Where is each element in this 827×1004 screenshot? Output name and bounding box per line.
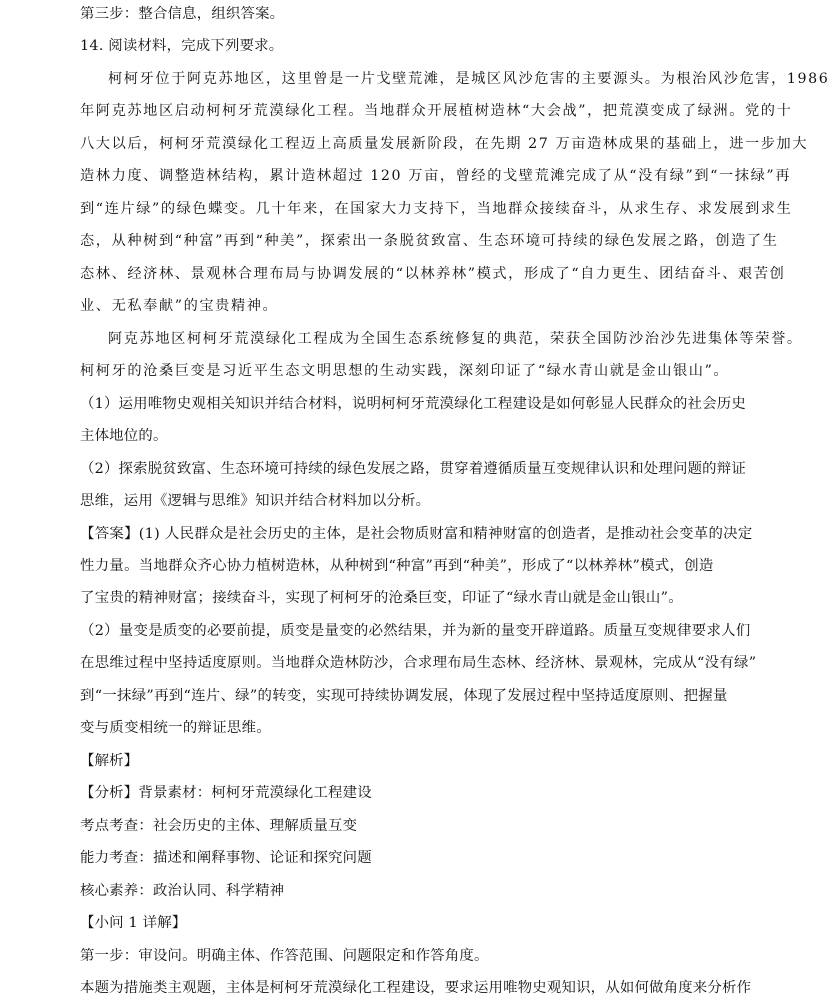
- material-paragraph-1-line: 八大以后，柯柯牙荒漠绿化工程迈上高质量发展新阶段，在先期 27 万亩造林成果的基…: [80, 128, 760, 160]
- answer-part-1: 性力量。当地群众齐心协力植树造林，从种树到“种富”再到“种美”，形成了“以林养林…: [80, 550, 760, 582]
- material-paragraph-1-line: 到“连片绿”的绿色蝶变。几十年来，在国家大力支持下，当地群众接续奋斗，从求生存、…: [80, 193, 760, 225]
- answer-part-1: 【答案】(1) 人民群众是社会历史的主体，是社会物质财富和精神财富的创造者，是推…: [80, 518, 760, 550]
- answer-part-1: 了宝贵的精神财富；接续奋斗，实现了柯柯牙的沧桑巨变，印证了“绿水青山就是金山银山…: [80, 582, 760, 614]
- core-literacy: 核心素养：政治认同、科学精神: [80, 875, 760, 907]
- material-paragraph-1-line: 业、无私奉献”的宝贵精神。: [80, 290, 760, 322]
- sub-question-1: （1）运用唯物史观相关知识并结合材料，说明柯柯牙荒漠绿化工程建设是如何彰显人民群…: [80, 388, 760, 420]
- sub-question-2: （2）探索脱贫致富、生态环境可持续的绿色发展之路，贯穿着遵循质量互变规律认识和处…: [80, 453, 760, 485]
- sub-question-1-detail-heading: 【小问 1 详解】: [80, 907, 760, 939]
- material-paragraph-1-line: 态林、经济林、景观林合理布局与协调发展的“以林养林”模式，形成了“自力更生、团结…: [80, 258, 760, 290]
- step-one-line: 第一步：审设问。明确主体、作答范围、问题限定和作答角度。: [80, 940, 760, 972]
- answer-part-2: 在思维过程中坚持适度原则。当地群众造林防沙，合求理布局生态林、经济林、景观林，完…: [80, 647, 760, 679]
- material-paragraph-1-line: 造林力度、调整造林结构，累计造林超过 120 万亩，曾经的戈壁荒滩完成了从“没有…: [80, 160, 760, 192]
- question-14-title: 14. 阅读材料，完成下列要求。: [80, 30, 760, 62]
- document-page: 第三步：整合信息，组织答案。 14. 阅读材料，完成下列要求。 柯柯牙位于阿克苏…: [80, 0, 760, 1004]
- material-paragraph-1-line: 态，从种树到“种富”再到“种美”，探索出一条脱贫致富、生态环境可持续的绿色发展之…: [80, 225, 760, 257]
- material-paragraph-2-line: 柯柯牙的沧桑巨变是习近平生态文明思想的生动实践，深刻印证了“绿水青山就是金山银山…: [80, 355, 760, 387]
- answer-part-2: 到“一抹绿”再到“连片、绿”的转变，实现可持续协调发展，体现了发展过程中坚持适度…: [80, 680, 760, 712]
- analysis-heading: 【解析】: [80, 745, 760, 777]
- analysis-background: 【分析】背景素材：柯柯牙荒漠绿化工程建设: [80, 777, 760, 809]
- sub-question-2: 思维，运用《逻辑与思维》知识并结合材料加以分析。: [80, 485, 760, 517]
- answer-part-2: 变与质变相统一的辩证思维。: [80, 712, 760, 744]
- exam-points: 考点考查：社会历史的主体、理解质量互变: [80, 810, 760, 842]
- step-three-line: 第三步：整合信息，组织答案。: [80, 0, 760, 30]
- material-paragraph-2-line: 阿克苏地区柯柯牙荒漠绿化工程成为全国生态系统修复的典范，荣获全国防沙治沙先进集体…: [80, 323, 760, 355]
- material-paragraph-1-line: 柯柯牙位于阿克苏地区，这里曾是一片戈壁荒滩，是城区风沙危害的主要源头。为根治风沙…: [80, 63, 760, 95]
- explanation-line: 本题为措施类主观题，主体是柯柯牙荒漠绿化工程建设，要求运用唯物史观知识，从如何做…: [80, 972, 760, 1004]
- ability-assessment: 能力考查：描述和阐释事物、论证和探究问题: [80, 842, 760, 874]
- material-paragraph-1-line: 年阿克苏地区启动柯柯牙荒漠绿化工程。当地群众开展植树造林“大会战”，把荒漠变成了…: [80, 95, 760, 127]
- answer-part-2: （2）量变是质变的必要前提，质变是量变的必然结果，并为新的量变开辟道路。质量互变…: [80, 615, 760, 647]
- sub-question-1: 主体地位的。: [80, 420, 760, 452]
